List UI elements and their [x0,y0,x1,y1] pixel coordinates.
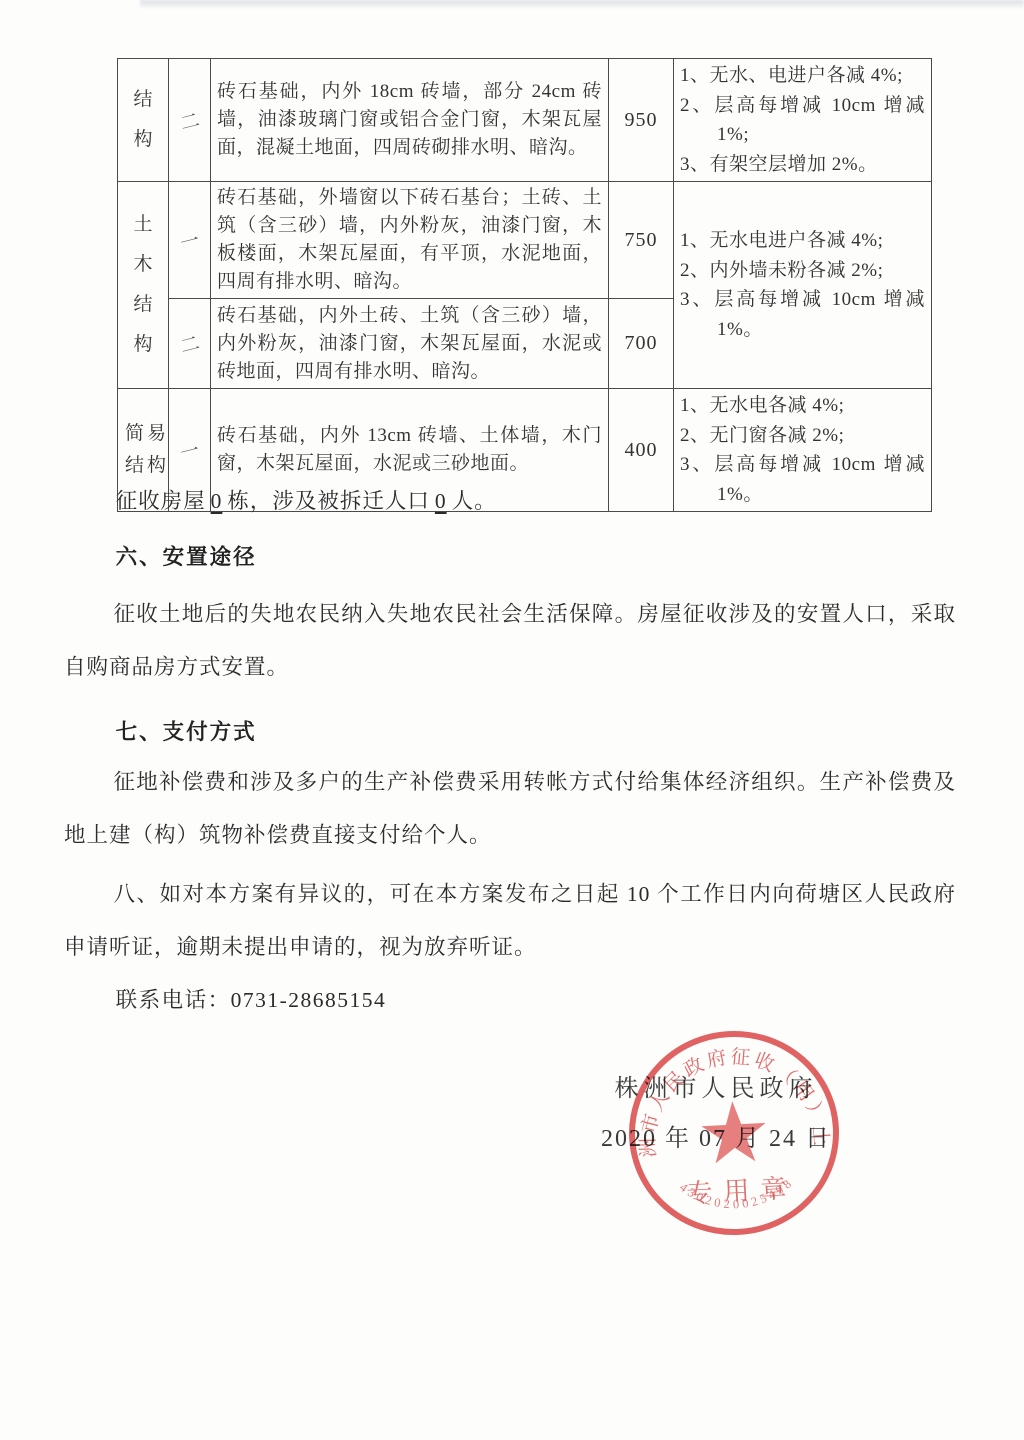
note-line: 3、层高每增减 10cm 增减 1%。 [680,285,925,344]
grade-label: 二 [177,328,202,359]
note-line: 2、层高每增减 10cm 增减 1%; [680,91,925,150]
category-label: 土木结构 [133,205,154,365]
houses-summary-line: 征收房屋0栋，涉及被拆迁人口0人。 [64,483,956,519]
official-seal: ★ 株洲市人民政府征收（用）土地 专用章 4302020025498 [621,1022,848,1243]
note-line: 1、无水、电进户各减 4%; [680,61,925,91]
paragraph-payment: 征地补偿费和涉及多户的生产补偿费采用转帐方式付给集体经济组织。生产补偿费及地上建… [64,756,956,862]
section-heading-seven: 七、支付方式 [64,714,956,750]
note-line: 1、无水电进户各减 4%; [680,226,925,256]
category-label: 简易结构 [124,418,170,482]
notes-cell: 1、无水、电进户各减 4%; 2、层高每增减 10cm 增减 1%; 3、有架空… [674,59,932,182]
grade-label: 二 [177,105,202,136]
grade-label: 一 [177,225,202,256]
description-cell: 砖石基础，外墙窗以下砖石基台；土砖、土筑（含三砂）墙，内外粉灰，油漆门窗，木板楼… [211,182,609,299]
category-cell-earth-wood: 土木结构 [118,182,169,389]
price-cell: 950 [609,59,674,182]
houses-count-underlined: 0 [206,489,228,513]
contact-phone-line: 联系电话：0731-28685154 [64,976,956,1024]
scanned-document-page: 结构 二 砖石基础，内外 18cm 砖墙，部分 24cm 砖墙，油漆玻璃门窗或铝… [0,0,1024,1440]
note-line: 3、有架空层增加 2%。 [680,150,925,180]
document-body: 征收房屋0栋，涉及被拆迁人口0人。 六、安置途径 征收土地后的失地农民纳入失地农… [64,483,956,1024]
paragraph-resettlement: 征收土地后的失地农民纳入失地农民社会生活保障。房屋征收涉及的安置人口，采取自购商… [64,588,956,694]
note-line: 1、无水电各减 4%; [680,391,925,421]
category-label: 结构 [133,80,154,160]
price-cell: 750 [609,182,674,299]
houses-text: 栋，涉及被拆迁人口 [227,489,430,513]
note-line: 2、无门窗各减 2%; [680,421,925,451]
description-cell: 砖石基础，内外土砖、土筑（含三砂）墙，内外粉灰，油漆门窗，木架瓦屋面，水泥或砖地… [211,299,609,389]
grade-cell: 二 [169,59,211,182]
seal-graphic: ★ 株洲市人民政府征收（用）土地 专用章 4302020025498 [621,1022,848,1243]
relocated-count-underlined: 0 [430,489,452,513]
description-cell: 砖石基础，内外 18cm 砖墙，部分 24cm 砖墙，油漆玻璃门窗或铝合金门窗，… [211,59,609,182]
seal-star-icon: ★ [694,1086,774,1183]
scan-artifact-top-edge [140,0,1024,11]
notes-cell: 1、无水电进户各减 4%; 2、内外墙未粉各减 2%; 3、层高每增减 10cm… [674,182,932,389]
grade-cell: 二 [169,299,211,389]
houses-text: 征收房屋 [116,489,206,513]
paragraph-hearing: 八、如对本方案有异议的，可在本方案发布之日起 10 个工作日内向荷塘区人民政府申… [64,868,956,974]
grade-label: 一 [177,435,202,466]
price-cell: 700 [609,299,674,389]
building-compensation-table: 结构 二 砖石基础，内外 18cm 砖墙，部分 24cm 砖墙，油漆玻璃门窗或铝… [117,58,932,512]
note-line: 2、内外墙未粉各减 2%; [680,256,925,286]
section-heading-six: 六、安置途径 [64,539,956,575]
table-row: 土木结构 一 砖石基础，外墙窗以下砖石基台；土砖、土筑（含三砂）墙，内外粉灰，油… [118,182,932,299]
category-cell-structure: 结构 [118,59,169,182]
houses-text: 人。 [452,489,497,513]
table-row: 结构 二 砖石基础，内外 18cm 砖墙，部分 24cm 砖墙，油漆玻璃门窗或铝… [118,59,932,182]
grade-cell: 一 [169,182,211,299]
